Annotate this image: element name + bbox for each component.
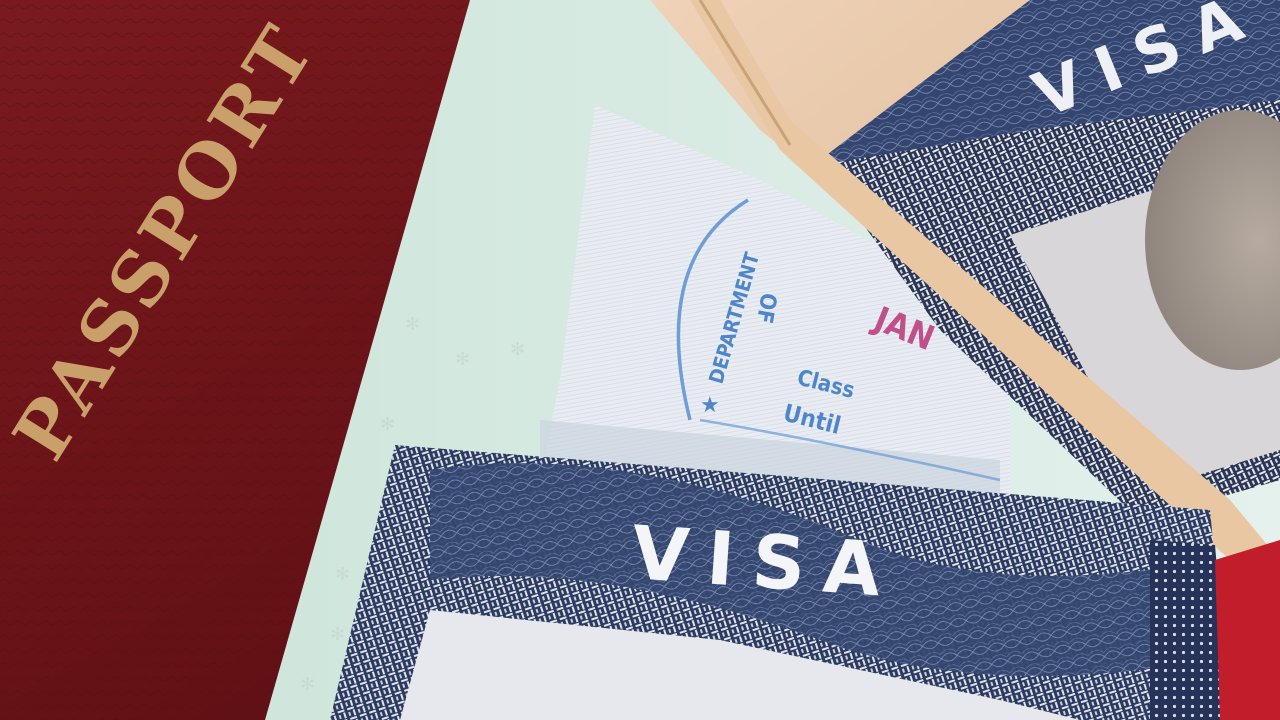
stamp-of-text: OF xyxy=(751,291,781,325)
passport-cover-label: PASSPORT xyxy=(0,8,333,474)
visa-top-label: VISA xyxy=(1023,0,1269,132)
photo-text-layer: PASSPORT VISA VISA DEPARTMENT OF JAN Cla… xyxy=(0,0,1280,720)
visa-bottom-label: VISA xyxy=(629,510,902,614)
passport-visa-photo: ✻ ✻ ✻ ✻ ✻ ✻ ✻ ★ xyxy=(0,0,1280,720)
stamp-until-text: Until xyxy=(781,399,844,440)
stamp-class-text: Class xyxy=(795,366,858,404)
stamp-month-text: JAN xyxy=(867,299,940,360)
